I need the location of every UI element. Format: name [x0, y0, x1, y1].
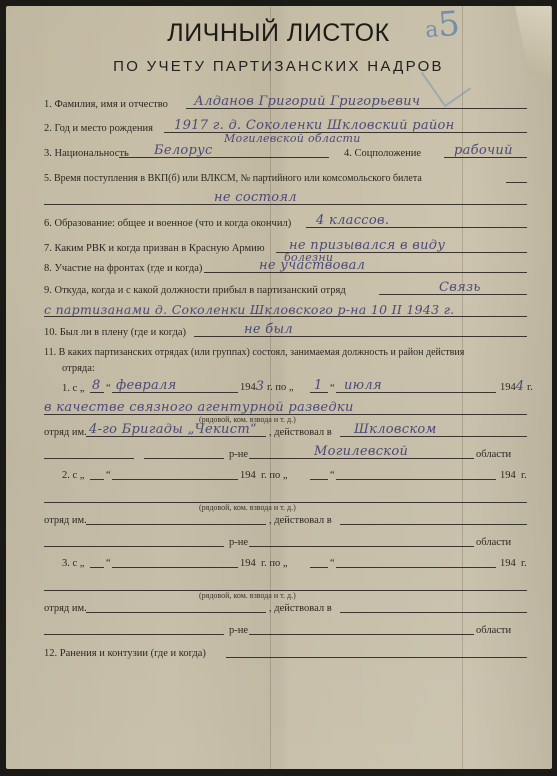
field-value: Шкловском	[354, 422, 437, 437]
field-education: 6. Образование: общее и военное (что и к…	[44, 213, 527, 231]
field-value: рабочий	[454, 143, 513, 158]
field-arrival-line2: с партизанами д. Соколенки Шкловского р-…	[44, 302, 527, 320]
field-value: Могилевской	[314, 444, 408, 459]
field-label: р-не	[229, 537, 248, 548]
field-label: области	[476, 625, 511, 636]
field-label: 5. Время поступления в ВКП(б) или ВЛКСМ,…	[44, 173, 422, 184]
field-value: Белорус	[154, 143, 213, 158]
detachment-1-position: в качестве связного агентурной разведки …	[44, 400, 527, 418]
field-label: 3. Национальность	[44, 148, 129, 159]
field-value: с партизанами д. Соколенки Шкловского р-…	[44, 302, 455, 317]
detachment-1-region: р-не Могилевской области	[44, 444, 527, 462]
field-value: не участвовал	[259, 258, 365, 273]
field-label: , действовал в	[269, 603, 332, 614]
field-value: в качестве связного агентурной разведки	[44, 400, 354, 415]
detachment-3-region: р-не области	[44, 620, 527, 638]
field-label: 12. Ранения и контузии (где и когда)	[44, 648, 206, 659]
field-fronts: 8. Участие на фронтах (где и когда) боле…	[44, 258, 527, 276]
document-subtitle: ПО УЧЕТУ ПАРТИЗАНСКИХ НАДРОВ	[0, 58, 557, 75]
field-wounds: 12. Ранения и контузии (где и когда)	[44, 643, 527, 661]
field-value: 1	[314, 378, 323, 393]
field-label: 11. В каких партизанских отрядах (или гр…	[44, 347, 464, 358]
field-label: “	[330, 383, 335, 394]
detachment-3-position: (рядовой, ком. взвода и т. д.)	[44, 576, 527, 594]
field-label: 1. Фамилия, имя и отчество	[44, 99, 168, 110]
field-label: 8. Участие на фронтах (где и когда)	[44, 263, 202, 274]
field-value: 4-го Бригады „Чекист“	[89, 422, 257, 437]
field-label: 6. Образование: общее и военное (что и к…	[44, 218, 291, 229]
field-value: февраля	[116, 378, 177, 393]
field-label: области	[476, 449, 511, 460]
field-detachments-line2: отряда:	[44, 358, 527, 376]
field-label: 3. с „	[62, 558, 84, 569]
field-value: Алданов Григорий Григорьевич	[194, 94, 420, 109]
detachment-3-dates: 3. с „ “ 194 г. по „ “ 194 г.	[44, 553, 527, 571]
field-label: отряд им.	[44, 427, 87, 438]
field-label: 4. Соцположение	[344, 148, 421, 159]
field-label: , действовал в	[269, 427, 332, 438]
detachment-1-unit: отряд им. 4-го Бригады „Чекист“ , действ…	[44, 422, 527, 440]
field-arrival: 9. Откуда, когда и с какой должности при…	[44, 280, 527, 298]
field-label: , действовал в	[269, 515, 332, 526]
field-value: июля	[344, 378, 382, 393]
field-value: 8	[92, 378, 101, 393]
field-label: области	[476, 537, 511, 548]
field-label: отряда:	[62, 363, 95, 374]
field-captivity: 10. Был ли в плену (где и когда) не был	[44, 322, 527, 340]
field-party: 5. Время поступления в ВКП(б) или ВЛКСМ,…	[44, 168, 527, 186]
detachment-1-dates: 1. с „ 8 “ февраля 1943 г. по „ 1 “ июля…	[44, 378, 527, 396]
field-value: не состоял	[214, 190, 297, 205]
field-label: 10. Был ли в плену (где и когда)	[44, 327, 186, 338]
field-label: р-не	[229, 625, 248, 636]
field-label: “	[106, 383, 111, 394]
detachment-2-region: р-не области	[44, 532, 527, 550]
field-value: 4 классов.	[316, 213, 389, 228]
field-value: Связь	[439, 280, 481, 295]
field-nationality: 3. Национальность Белорус 4. Соцположени…	[44, 143, 527, 161]
field-label: 7. Каким РВК и когда призван в Красную А…	[44, 243, 265, 254]
field-full-name: 1. Фамилия, имя и отчество Алданов Григо…	[44, 94, 527, 112]
field-label: р-не	[229, 449, 248, 460]
field-label: 1. с „	[62, 383, 84, 394]
detachment-2-position: (рядовой, ком. взвода и т. д.)	[44, 488, 527, 506]
field-label: 2. с „	[62, 470, 84, 481]
field-party-line2: не состоял	[44, 190, 527, 208]
field-label: 9. Откуда, когда и с какой должности при…	[44, 285, 346, 296]
detachment-2-dates: 2. с „ “ 194 г. по „ “ 194 г.	[44, 465, 527, 483]
detachment-2-unit: отряд им. , действовал в	[44, 510, 527, 528]
document-title: ЛИЧНЫЙ ЛИСТОК	[0, 19, 557, 48]
field-label: отряд им.	[44, 603, 87, 614]
field-label: отряд им.	[44, 515, 87, 526]
archive-mark: а5	[424, 4, 461, 46]
detachment-3-unit: отряд им. , действовал в	[44, 598, 527, 616]
field-value: не был	[244, 322, 293, 337]
